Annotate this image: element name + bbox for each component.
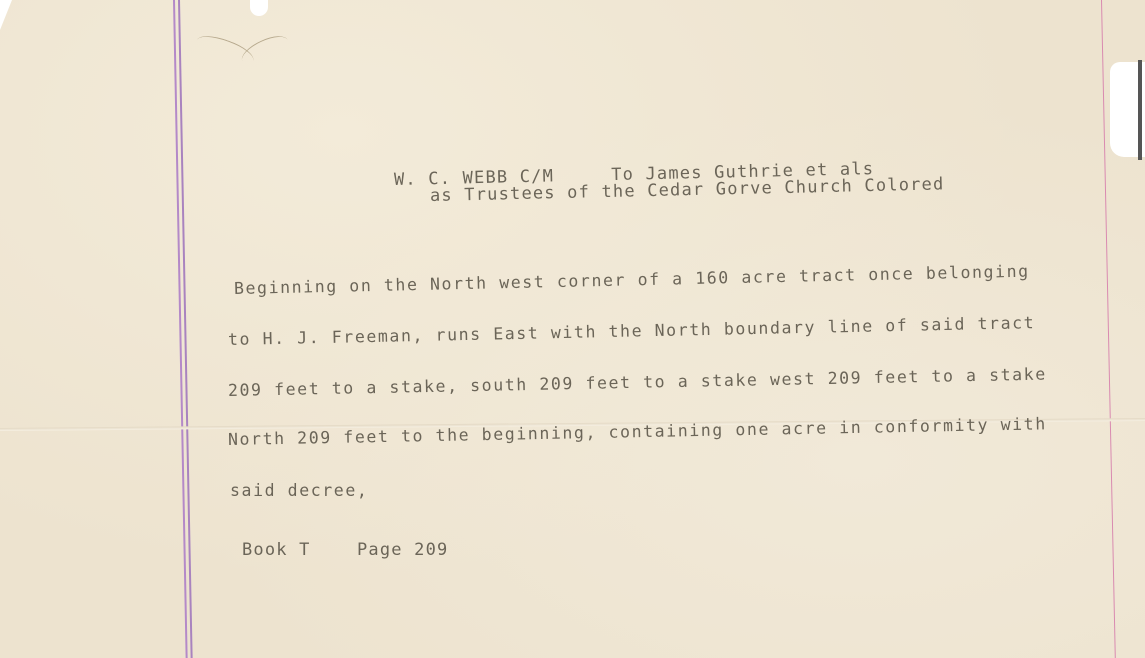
paper-crack [238, 30, 292, 70]
book-reference: Book T [242, 540, 311, 560]
page-edge-shadow [1138, 60, 1142, 160]
body-line-1: Beginning on the North west corner of a … [234, 262, 1030, 298]
body-line-5: said decree, [230, 481, 368, 500]
punch-hole [250, 0, 268, 16]
body-line-2: to H. J. Freeman, runs East with the Nor… [228, 313, 1036, 349]
page-reference: Page 209 [357, 540, 448, 560]
paper-page: W. C. WEBB C/M To James Guthrie et als a… [0, 0, 1145, 658]
body-line-4: North 209 feet to the beginning, contain… [228, 414, 1047, 449]
body-line-3: 209 feet to a stake, south 209 feet to a… [228, 365, 1047, 400]
torn-corner [0, 0, 12, 30]
left-margin-rule [173, 0, 196, 658]
